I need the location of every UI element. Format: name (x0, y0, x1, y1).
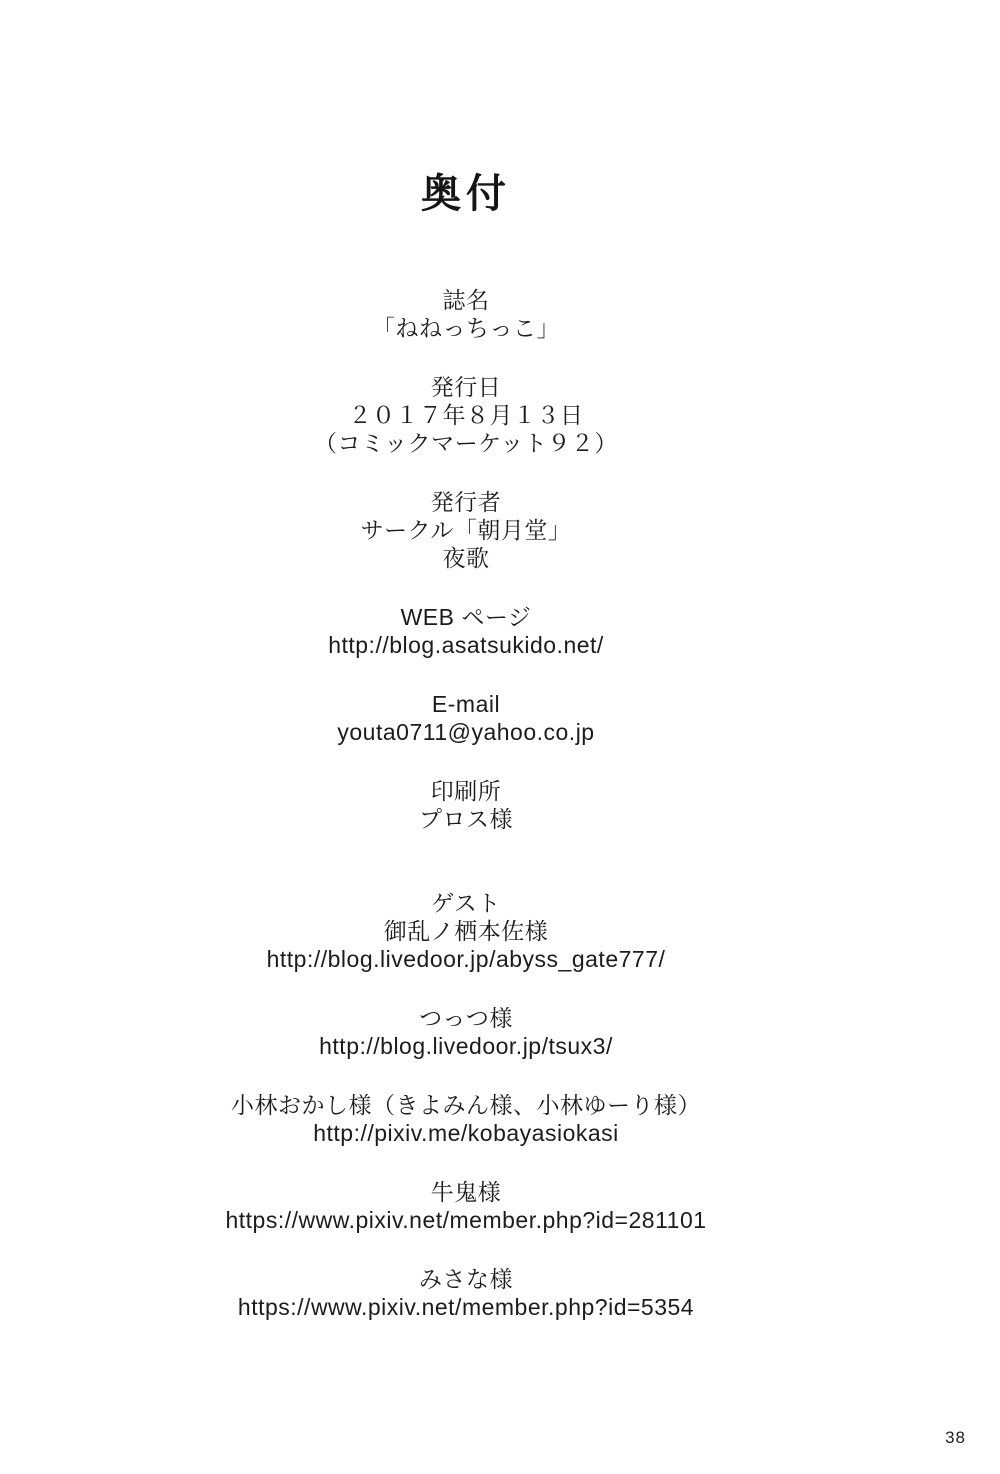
guest-entry-kobayashi-okashi: 小林おかし様（きよみん様、小林ゆーり様） http://pixiv.me/kob… (0, 1091, 932, 1147)
guest-name: 小林おかし様（きよみん様、小林ゆーり様） (0, 1091, 932, 1119)
section-publication-date: 発行日 ２０１７年８月１３日 （コミックマーケット９２） (0, 373, 932, 457)
guest-url: http://pixiv.me/kobayasiokasi (0, 1119, 932, 1147)
section-email: E-mail youta0711@yahoo.co.jp (0, 690, 932, 746)
circle-name: サークル「朝月堂」 (0, 516, 932, 544)
guest-url: https://www.pixiv.net/member.php?id=2811… (0, 1206, 932, 1234)
event-name: （コミックマーケット９２） (0, 429, 932, 457)
guest-entry-tsutsu: つっつ様 http://blog.livedoor.jp/tsux3/ (0, 1004, 932, 1060)
website-url: http://blog.asatsukido.net/ (0, 631, 932, 659)
section-printer: 印刷所 プロス様 (0, 777, 932, 833)
page-title: 奥付 (0, 166, 932, 222)
guest-name: 御乱ノ栖本佐様 (0, 917, 932, 945)
guest-url: https://www.pixiv.net/member.php?id=5354 (0, 1293, 932, 1321)
printer-label: 印刷所 (0, 777, 932, 805)
guest-name: 牛鬼様 (0, 1178, 932, 1206)
email-address: youta0711@yahoo.co.jp (0, 718, 932, 746)
publication-date-label: 発行日 (0, 373, 932, 401)
colophon-sections: 誌名 「ねねっちっこ」 発行日 ２０１７年８月１３日 （コミックマーケット９２）… (0, 286, 932, 1321)
section-publisher: 発行者 サークル「朝月堂」 夜歌 (0, 488, 932, 572)
section-web-page: WEB ページ http://blog.asatsukido.net/ (0, 603, 932, 659)
email-label: E-mail (0, 690, 932, 718)
web-page-label: WEB ページ (0, 603, 932, 631)
guest-entry-ushioni: 牛鬼様 https://www.pixiv.net/member.php?id=… (0, 1178, 932, 1234)
guest-url: http://blog.livedoor.jp/abyss_gate777/ (0, 945, 932, 973)
magazine-title: 「ねねっちっこ」 (0, 314, 932, 342)
page-number: 38 (945, 1428, 966, 1448)
guest-name: みさな様 (0, 1265, 932, 1293)
section-magazine-name: 誌名 「ねねっちっこ」 (0, 286, 932, 342)
guest-name: つっつ様 (0, 1004, 932, 1032)
publisher-label: 発行者 (0, 488, 932, 516)
magazine-name-label: 誌名 (0, 286, 932, 314)
publication-date: ２０１７年８月１３日 (0, 401, 932, 429)
guests-label: ゲスト (0, 889, 932, 917)
guest-entry-misana: みさな様 https://www.pixiv.net/member.php?id… (0, 1265, 932, 1321)
colophon-page: 奥付 誌名 「ねねっちっこ」 発行日 ２０１７年８月１３日 （コミックマーケット… (0, 0, 932, 1474)
guest-url: http://blog.livedoor.jp/tsux3/ (0, 1032, 932, 1060)
section-guests: ゲスト 御乱ノ栖本佐様 http://blog.livedoor.jp/abys… (0, 889, 932, 973)
printer-name: プロス様 (0, 805, 932, 833)
author-name: 夜歌 (0, 544, 932, 572)
